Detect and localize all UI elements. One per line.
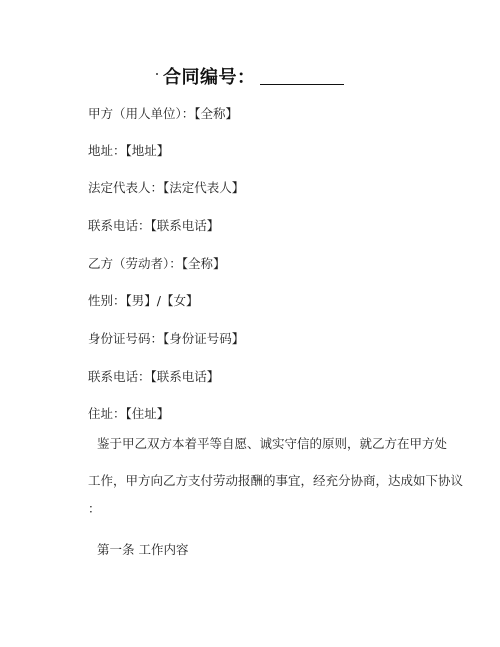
party-a-address: 地址：【地址】	[88, 143, 169, 159]
article-1-heading: 第一条 工作内容	[97, 542, 188, 558]
party-b-gender: 性别：【男】/【女】	[88, 293, 198, 309]
party-a-phone: 联系电话：【联系电话】	[88, 218, 219, 234]
party-b-residence: 住址：【住址】	[88, 406, 169, 422]
party-a-legal-representative: 法定代表人：【法定代表人】	[88, 180, 244, 196]
contract-number-label: 合同编号：	[163, 67, 256, 89]
party-b-name: 乙方（劳动者）：【全称】	[88, 256, 226, 272]
preamble-line-1: 鉴于甲乙双方本着平等自愿、诚实守信的原则，就乙方在甲方处	[97, 436, 447, 452]
preamble-line-2: 工作，甲方向乙方支付劳动报酬的事宜，经充分协商，达成如下协议	[88, 473, 463, 489]
contract-page: 合同编号： 甲方（用人单位）：【全称】 地址：【地址】 法定代表人：【法定代表人…	[0, 0, 500, 647]
title-bullet-dot	[156, 73, 158, 75]
party-a-name: 甲方（用人单位）：【全称】	[88, 106, 238, 122]
party-b-id-number: 身份证号码：【身份证号码】	[88, 331, 244, 347]
contract-number-title: 合同编号：	[156, 63, 344, 89]
preamble-line-3: ：	[88, 501, 101, 517]
party-b-phone: 联系电话：【联系电话】	[88, 369, 219, 385]
contract-number-blank[interactable]	[260, 83, 344, 85]
